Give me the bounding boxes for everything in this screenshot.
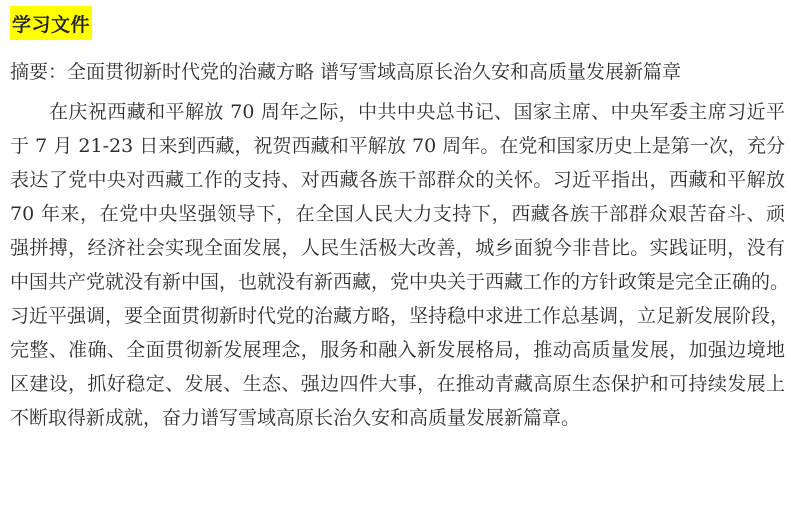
- body-line: 习近平强调，要全面贯彻新时代党的治藏方略，坚持稳中求进工作总基调，立足新发展阶段…: [10, 299, 785, 333]
- body-line: 表达了党中央对西藏工作的支持、对西藏各族干部群众的关怀。习近平指出，西藏和平解放: [10, 163, 785, 197]
- body-line: 完整、准确、全面贯彻新发展理念，服务和融入新发展格局，推动高质量发展，加强边境地: [10, 333, 785, 367]
- body-line: 不断取得新成就，奋力谱写雪域高原长治久安和高质量发展新篇章。: [10, 401, 785, 435]
- body-line: 区建设，抓好稳定、发展、生态、强边四件大事，在推动青藏高原生态保护和可持续发展上: [10, 367, 785, 401]
- abstract: 摘要：全面贯彻新时代党的治藏方略 谱写雪域高原长治久安和高质量发展新篇章: [10, 58, 681, 86]
- body-line: 70 年来，在党中央坚强领导下，在全国人民大力支持下，西藏各族干部群众艰苦奋斗、…: [10, 197, 785, 231]
- body-paragraph: 在庆祝西藏和平解放 70 周年之际，中共中央总书记、国家主席、中央军委主席习近平…: [10, 95, 785, 435]
- title-highlight: 学习文件: [10, 6, 92, 40]
- document-title: 学习文件: [12, 10, 90, 37]
- body-line: 强拼搏，经济社会实现全面发展，人民生活极大改善，城乡面貌今非昔比。实践证明，没有: [10, 231, 785, 265]
- body-line: 在庆祝西藏和平解放 70 周年之际，中共中央总书记、国家主席、中央军委主席习近平: [10, 95, 785, 129]
- body-line: 于 7 月 21-23 日来到西藏，祝贺西藏和平解放 70 周年。在党和国家历史…: [10, 129, 785, 163]
- abstract-text: 全面贯彻新时代党的治藏方略 谱写雪域高原长治久安和高质量发展新篇章: [67, 61, 681, 83]
- abstract-label: 摘要：: [10, 61, 67, 83]
- body-line: 中国共产党就没有新中国，也就没有新西藏，党中央关于西藏工作的方针政策是完全正确的…: [10, 265, 785, 299]
